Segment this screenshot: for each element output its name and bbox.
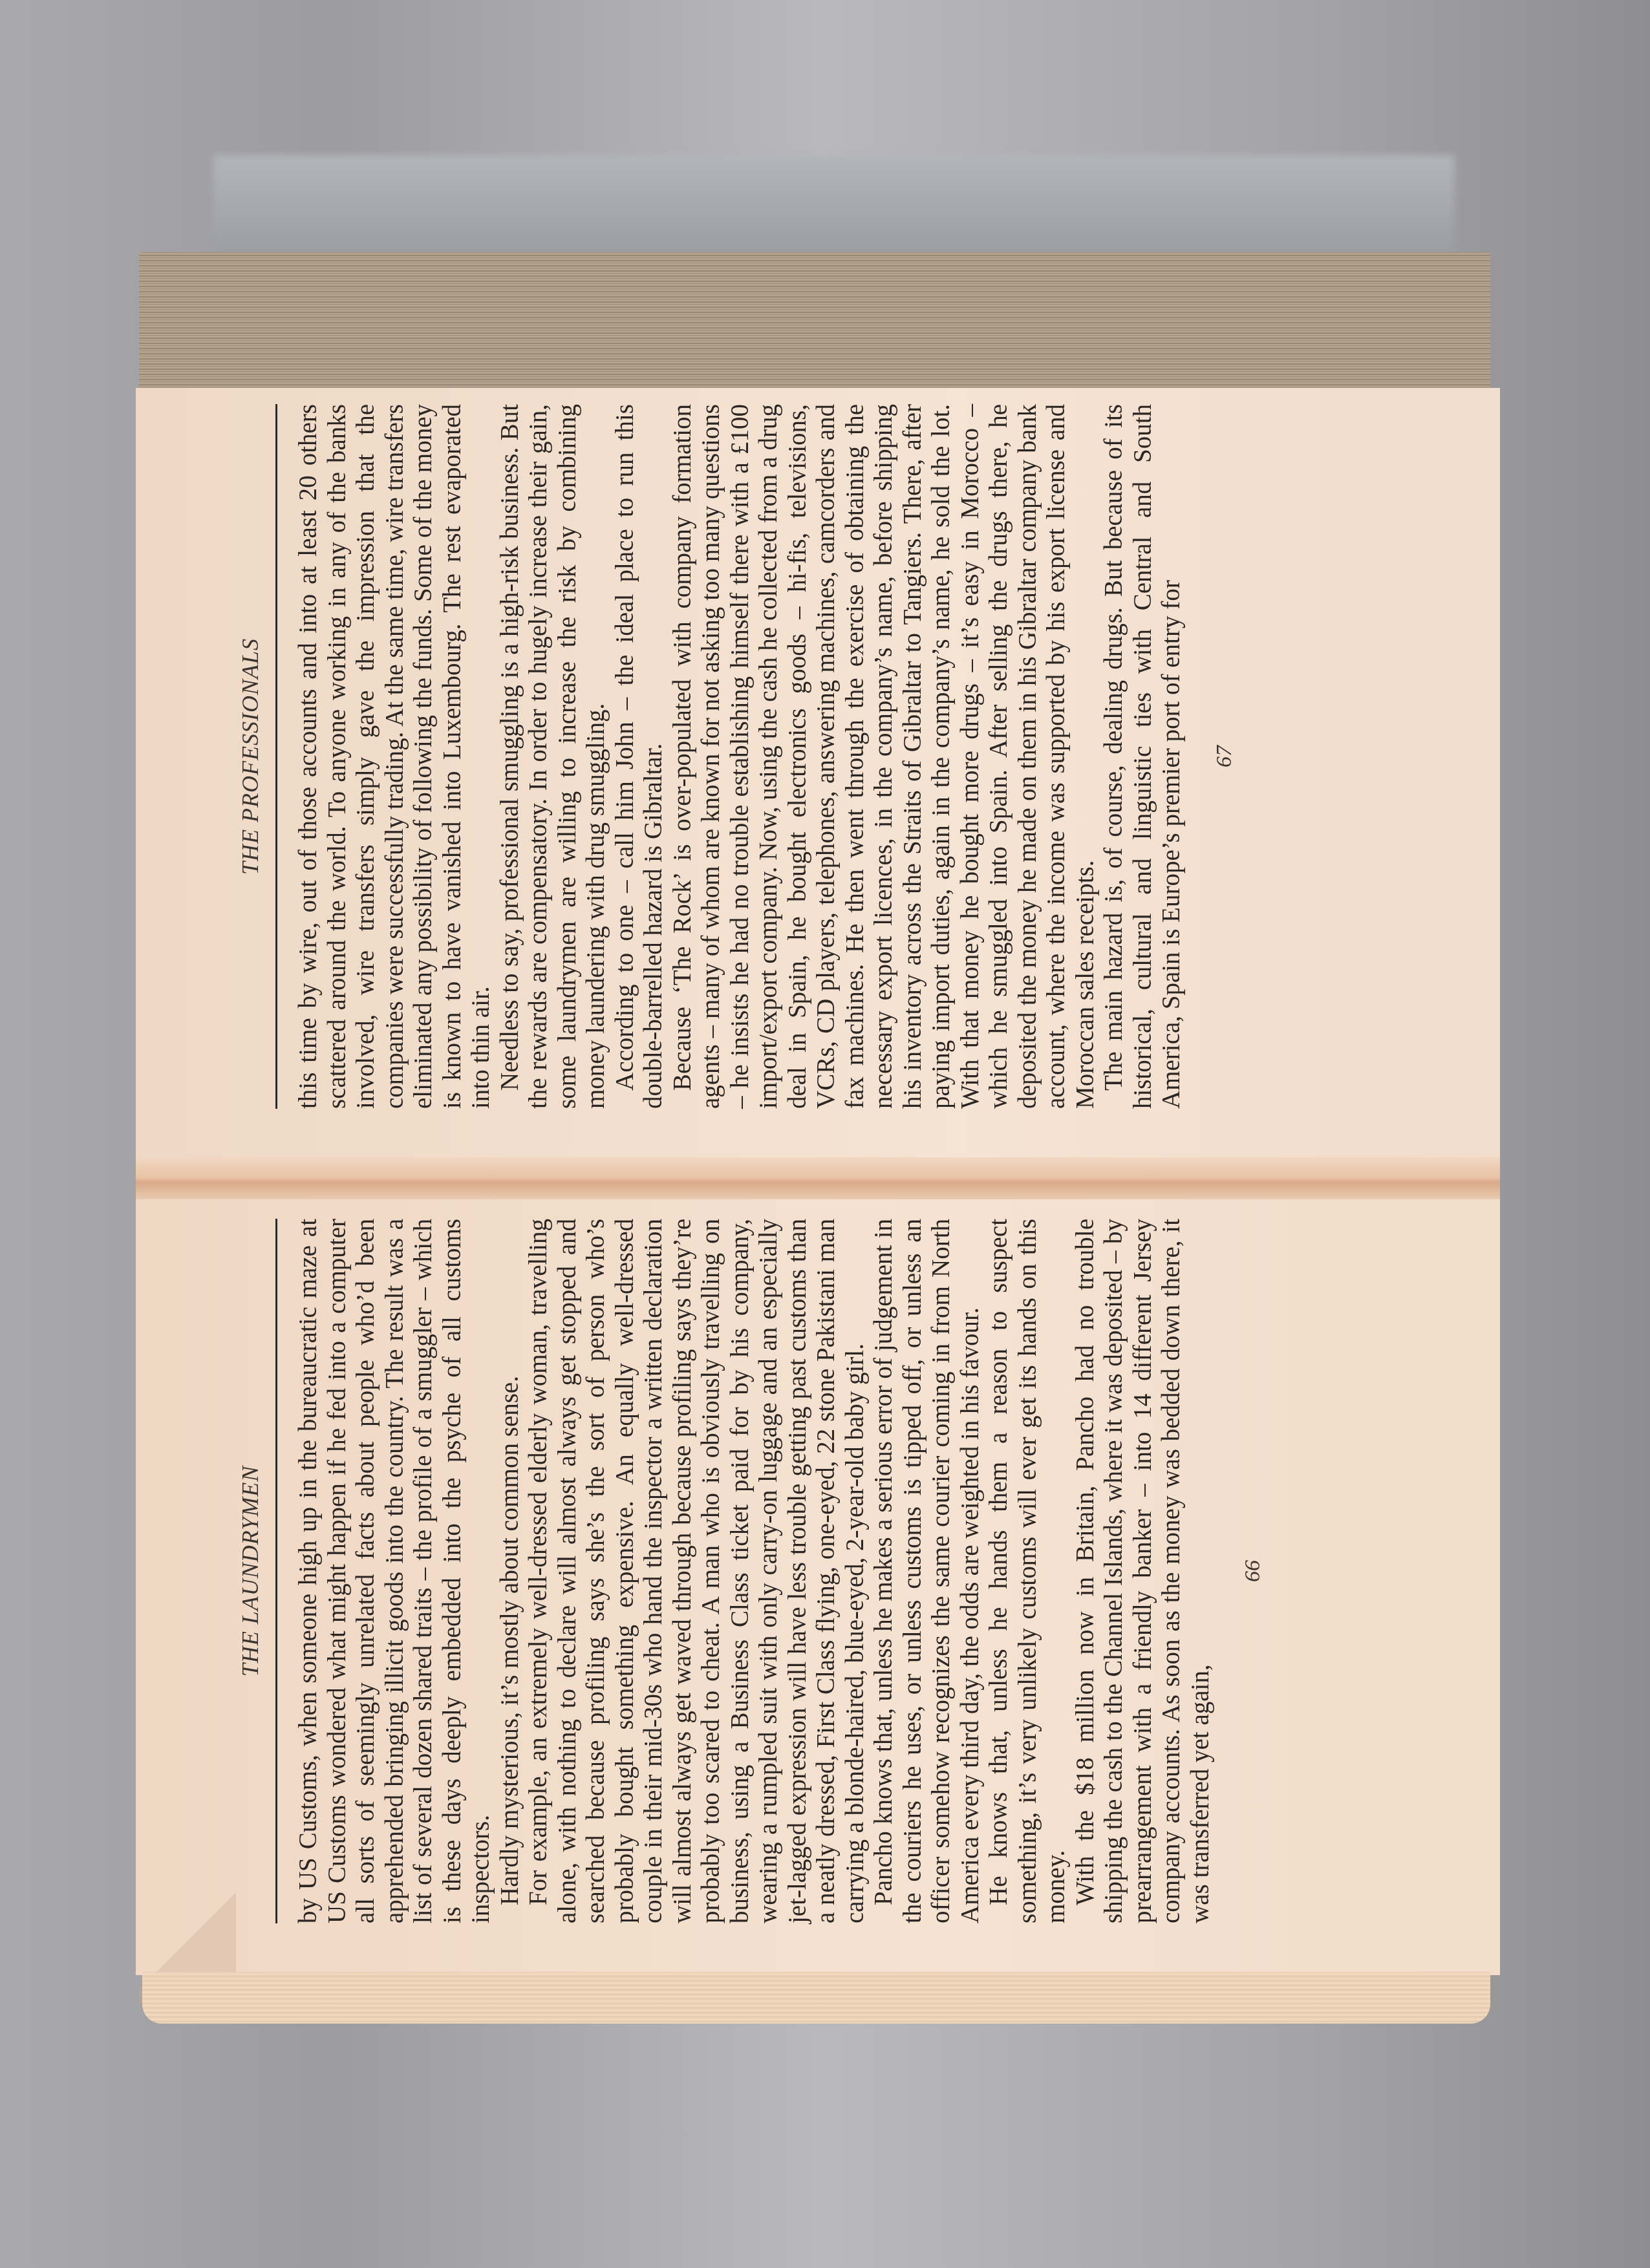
paragraph: He knows that, unless he hands them a re… [985, 1219, 1071, 1923]
page-number: 66 [1241, 1219, 1265, 1923]
header-rule [275, 404, 277, 1109]
page-66: THE LAUNDRYMEN by US Customs, when someo… [233, 1219, 1265, 1923]
book-gutter [136, 1157, 1500, 1203]
paragraph: Needless to say, professional smuggling … [496, 404, 611, 1109]
page-number: 67 [1212, 404, 1237, 1109]
paragraph: this time by wire, out of those accounts… [294, 404, 496, 1109]
paragraph: Pancho knows that, unless he makes a ser… [870, 1219, 985, 1923]
running-head: THE LAUNDRYMEN [233, 1219, 268, 1923]
page-67: THE PROFESSIONALS this time by wire, out… [233, 404, 1237, 1109]
page-body: by US Customs, when someone high up in t… [294, 1219, 1215, 1923]
book-page-edges-bottom [142, 1972, 1490, 2024]
header-rule [275, 1219, 277, 1923]
page-body: this time by wire, out of those accounts… [294, 404, 1186, 1109]
paragraph: The main hazard is, of course, dealing d… [1100, 404, 1186, 1109]
book-page-edges-top [139, 252, 1490, 401]
running-head: THE PROFESSIONALS [233, 404, 268, 1109]
paragraph: by US Customs, when someone high up in t… [294, 1219, 496, 1923]
paragraph: Hardly mysterious, it’s mostly about com… [496, 1219, 525, 1923]
paragraph: Because ‘The Rock’ is over-populated wit… [669, 404, 1100, 1109]
paragraph: With the $18 million now in Britain, Pan… [1071, 1219, 1216, 1923]
paragraph: For example, an extremely well-dressed e… [524, 1219, 870, 1923]
paragraph: According to one – call him John – the i… [611, 404, 669, 1109]
